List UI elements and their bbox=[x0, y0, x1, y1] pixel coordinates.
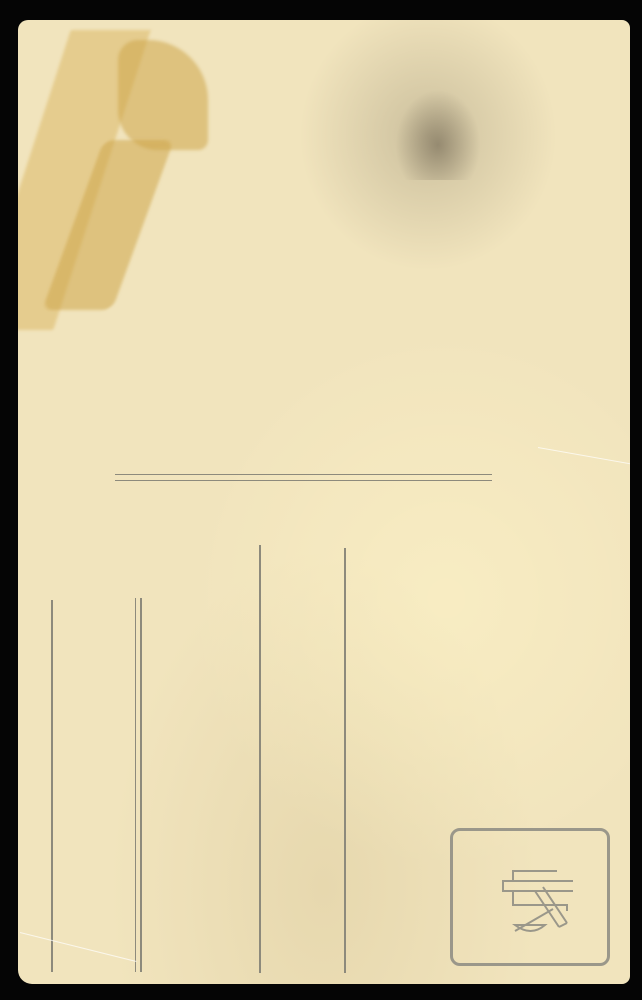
guide-line-3 bbox=[259, 545, 261, 973]
guide-line-2a bbox=[135, 598, 136, 972]
divider-line-bottom bbox=[115, 480, 492, 481]
ink-smudge bbox=[388, 80, 488, 180]
guide-line-2b bbox=[140, 598, 142, 972]
publisher-monogram-icon bbox=[501, 869, 573, 933]
postcard-back bbox=[18, 20, 630, 984]
water-stain bbox=[118, 40, 208, 150]
crease bbox=[20, 932, 137, 962]
divider-line-top bbox=[115, 474, 492, 475]
guide-line-4 bbox=[344, 548, 346, 973]
guide-line-1 bbox=[51, 600, 53, 972]
stamp-box bbox=[450, 828, 610, 966]
crease bbox=[538, 447, 630, 464]
